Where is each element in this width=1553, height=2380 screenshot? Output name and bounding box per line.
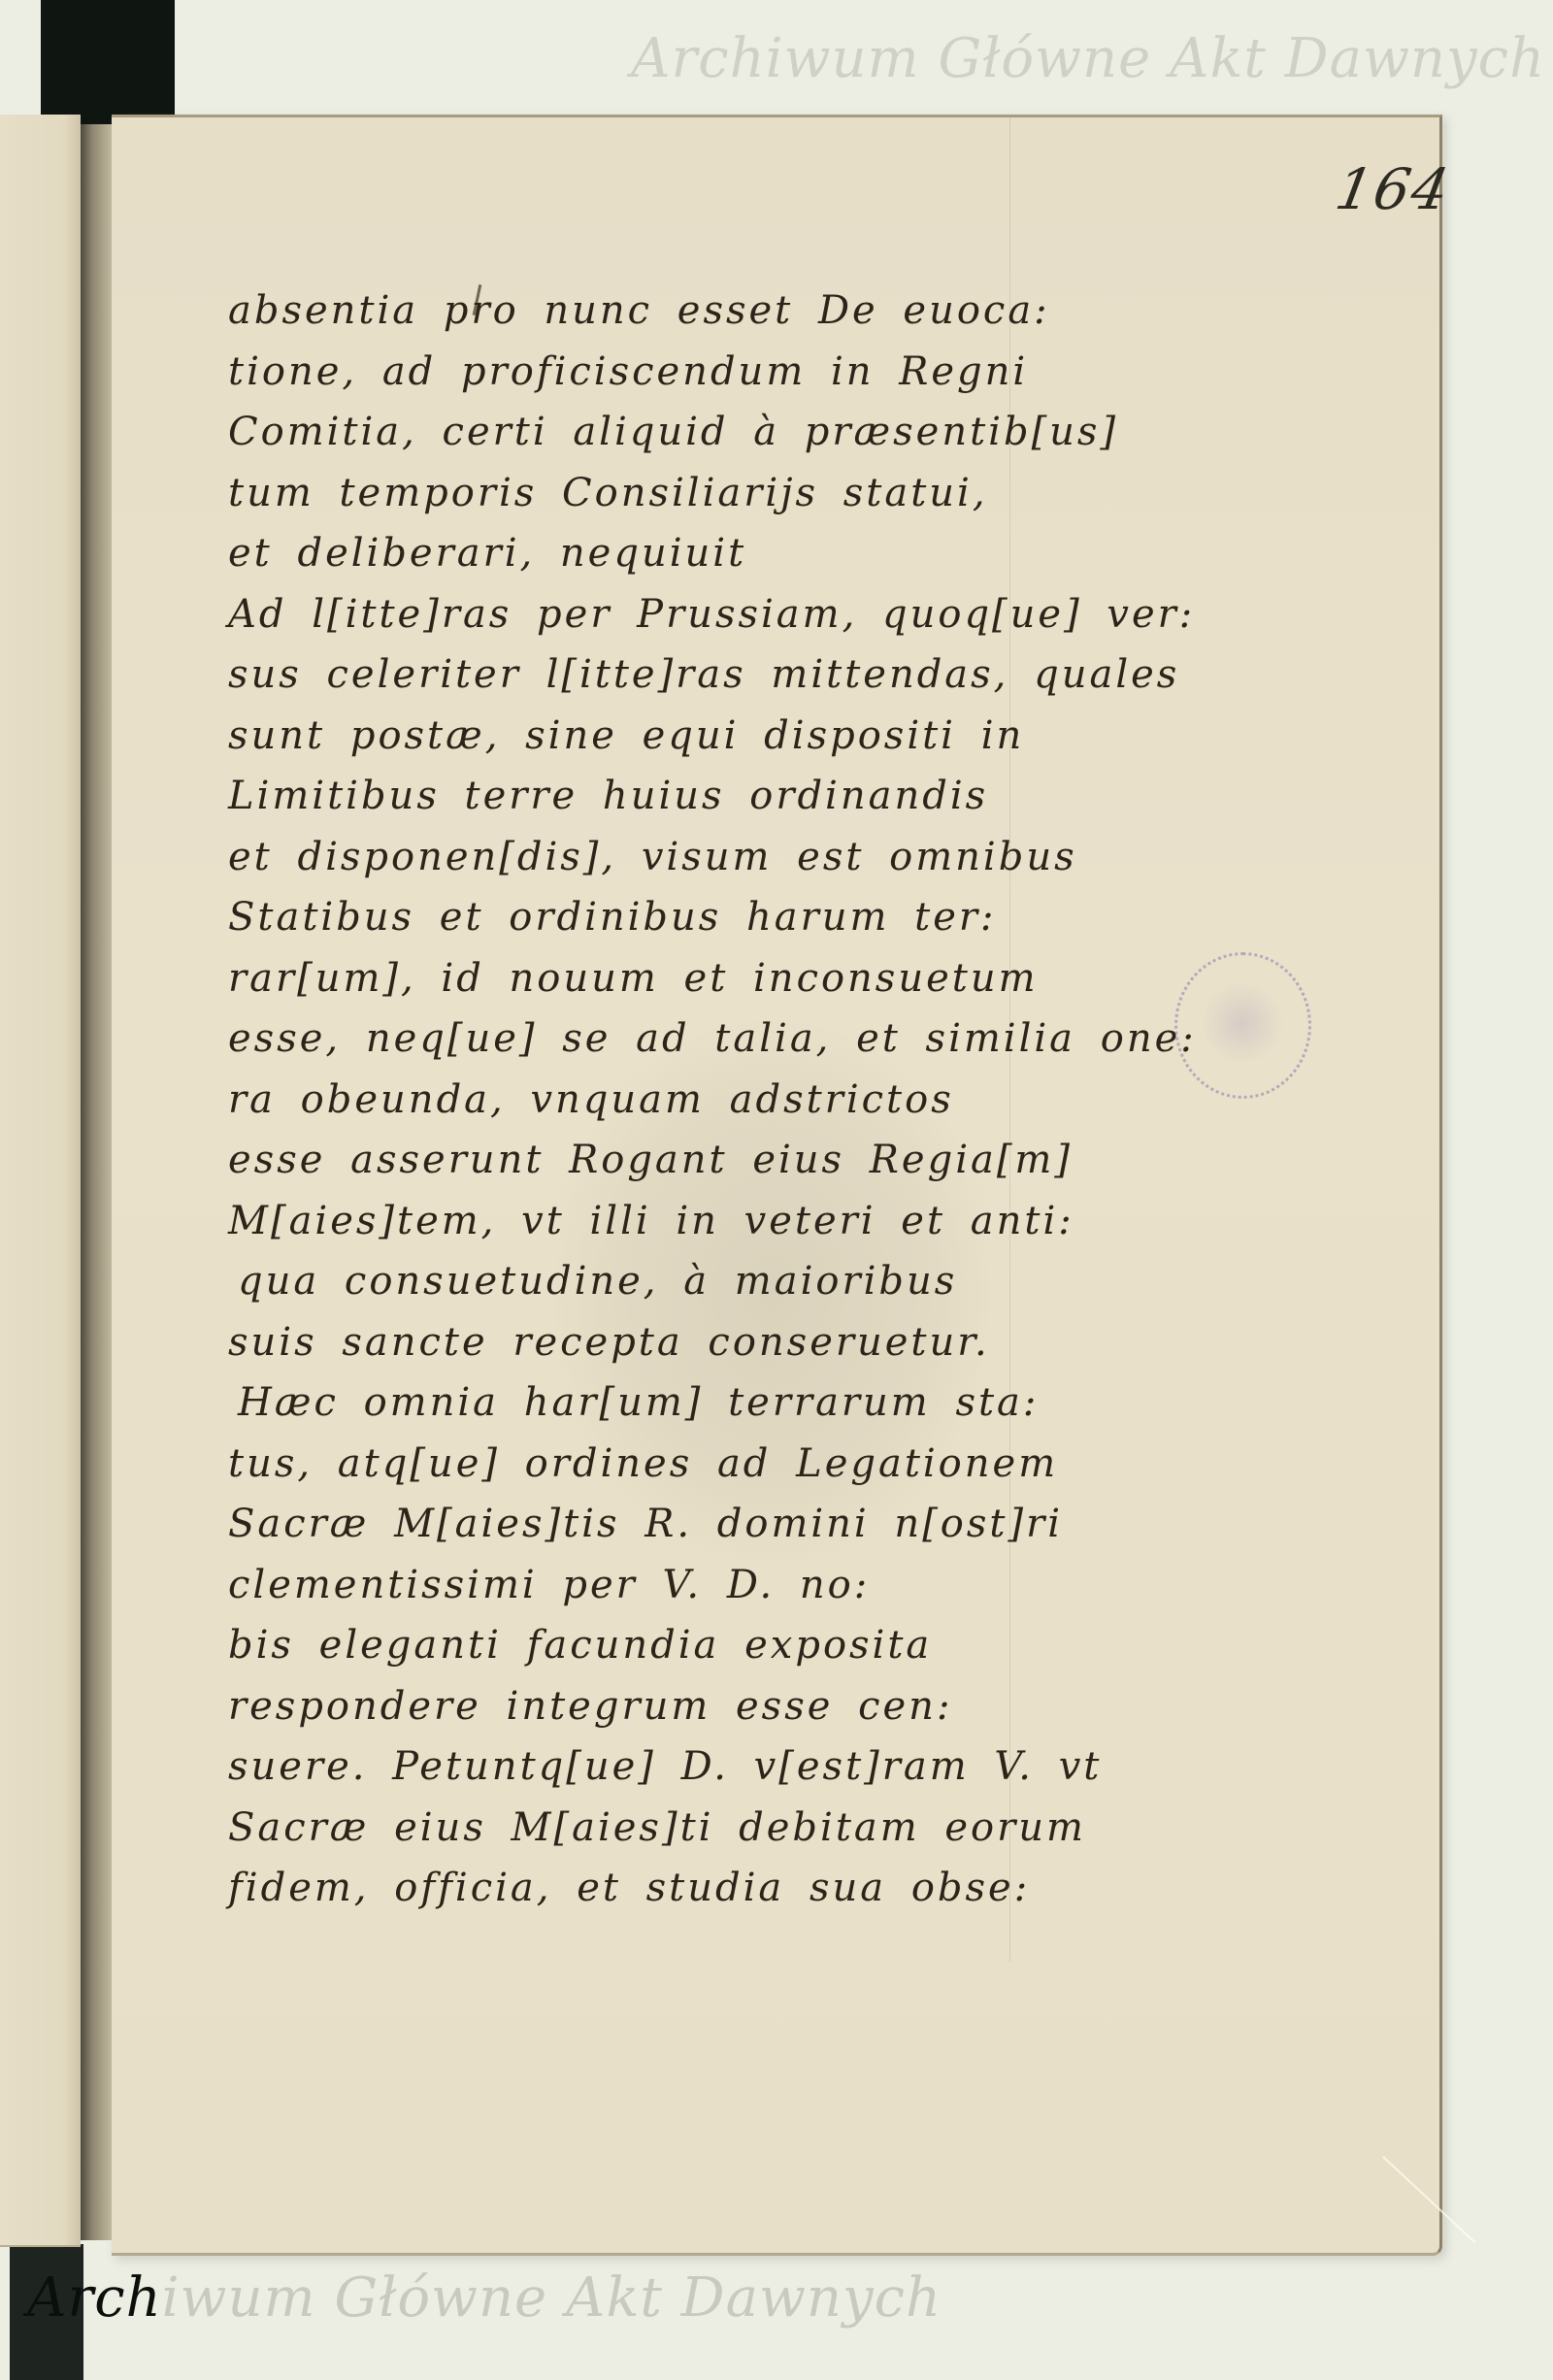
page-number: 164 [1331, 156, 1456, 222]
manuscript-line: bis eleganti facundia exposita [228, 1615, 1082, 1676]
manuscript-line: clementissimi per V. D. no: [228, 1555, 1082, 1616]
manuscript-line: fidem, officia, et studia sua obse: [228, 1858, 1082, 1919]
manuscript-line: Statibus et ordinibus harum ter: [228, 887, 1082, 948]
manuscript-line: sus celeriter l[itte]ras mittendas, qual… [228, 645, 1082, 706]
watermark-bottom-dark: Arch [27, 2266, 162, 2330]
manuscript-line: esse, neq[ue] se ad talia, et similia on… [228, 1008, 1082, 1070]
watermark-top: Archiwum Główne Akt Dawnych [631, 27, 1545, 90]
corner-crease [1382, 2156, 1475, 2243]
manuscript-line: tum temporis Consiliarijs statui, [228, 463, 1082, 524]
manuscript-line: esse asserunt Rogant eius Regia[m] [228, 1130, 1082, 1191]
manuscript-text-block: absentia pro nunc esset De euoca: tione,… [228, 281, 1082, 1919]
left-page-edge [0, 115, 81, 2247]
binding-strip-top [41, 0, 175, 124]
manuscript-page: 164 absentia pro nunc esset De euoca: ti… [112, 115, 1442, 2256]
book-gutter [81, 124, 114, 2240]
manuscript-line: tus, atq[ue] ordines ad Legationem [228, 1434, 1082, 1495]
manuscript-line: ra obeunda, vnquam adstrictos [228, 1070, 1082, 1131]
manuscript-line: M[aies]tem, vt illi in veteri et anti: [228, 1191, 1082, 1252]
manuscript-line: Sacræ eius M[aies]ti debitam eorum [228, 1798, 1082, 1859]
manuscript-line: et disponen[dis], visum est omnibus [228, 827, 1082, 888]
manuscript-line: suis sancte recepta conseruetur. [228, 1312, 1082, 1373]
watermark-bottom: Archiwum Główne Akt Dawnych [27, 2266, 942, 2330]
manuscript-line: Ad l[itte]ras per Prussiam, quoq[ue] ver… [228, 584, 1082, 645]
manuscript-line: Comitia, certi aliquid à præsentib[us] [228, 402, 1082, 463]
manuscript-line: sunt postæ, sine equi dispositi in [228, 706, 1082, 767]
manuscript-line: qua consuetudine, à maioribus [228, 1251, 1082, 1312]
watermark-bottom-light: iwum Główne Akt Dawnych [162, 2266, 942, 2330]
manuscript-line: rar[um], id nouum et inconsuetum [228, 948, 1082, 1009]
manuscript-line: tione, ad proficiscendum in Regni [228, 342, 1082, 403]
manuscript-line: suere. Petuntq[ue] D. v[est]ram V. vt [228, 1736, 1082, 1798]
manuscript-line: Limitibus terre huius ordinandis [228, 766, 1082, 827]
manuscript-line: et deliberari, nequiuit [228, 523, 1082, 584]
manuscript-line: Hæc omnia har[um] terrarum sta: [228, 1372, 1082, 1434]
stamp-inner [1199, 984, 1286, 1062]
manuscript-line: absentia pro nunc esset De euoca: [228, 281, 1082, 342]
manuscript-line: Sacræ M[aies]tis R. domini n[ost]ri [228, 1494, 1082, 1555]
manuscript-line: respondere integrum esse cen: [228, 1676, 1082, 1737]
